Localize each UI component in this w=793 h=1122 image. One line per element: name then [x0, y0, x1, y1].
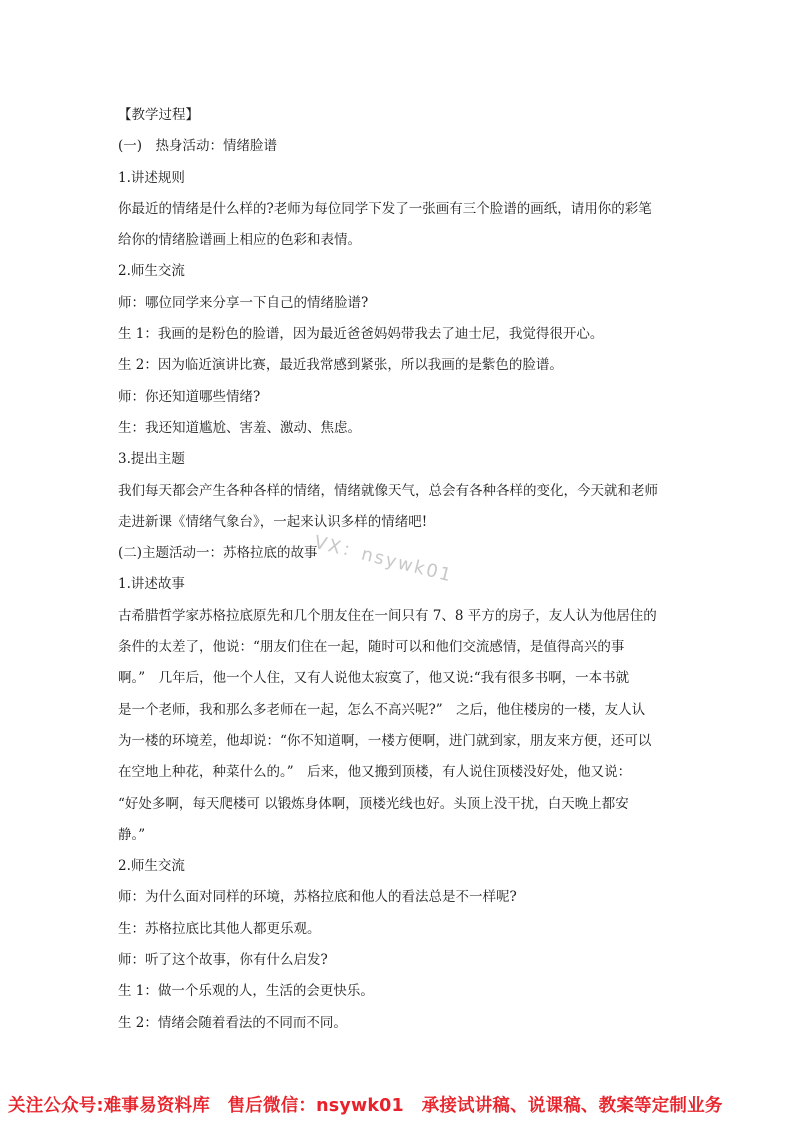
paragraph-line: 你最近的情绪是什么样的?老师为每位同学下发了一张画有三个脸谱的画纸，请用你的彩笔 [118, 194, 678, 225]
dialogue-line: 师：听了这个故事，你有什么启发? [118, 945, 678, 976]
step-heading: 1.讲述规则 [118, 163, 678, 194]
paragraph-line: 是一个老师，我和那么多老师在一起，怎么不高兴呢?” 之后，他住楼房的一楼，友人认 [118, 695, 678, 726]
dialogue-line: 生 1：我画的是粉色的脸谱，因为最近爸爸妈妈带我去了迪士尼，我觉得很开心。 [118, 319, 678, 350]
step-heading: 2.师生交流 [118, 851, 678, 882]
dialogue-line: 生 2：情绪会随着看法的不同而不同。 [118, 1008, 678, 1039]
paragraph-line: 啊。” 几年后，他一个人住，又有人说他太寂寞了，他又说:“我有很多书啊，一本书就 [118, 663, 678, 694]
subsection-heading: (一) 热身活动：情绪脸谱 [118, 131, 678, 162]
footer-banner: 关注公众号:难事易资料库 售后微信：nsywk01 承接试讲稿、说课稿、教案等定… [0, 1092, 793, 1122]
subsection-heading: (二)主题活动一：苏格拉底的故事 [118, 538, 678, 569]
dialogue-line: 生：苏格拉底比其他人都更乐观。 [118, 914, 678, 945]
paragraph-line: 我们每天都会产生各种各样的情绪，情绪就像天气，总会有各种各样的变化，今天就和老师 [118, 476, 678, 507]
dialogue-line: 生 1：做一个乐观的人，生活的会更快乐。 [118, 976, 678, 1007]
section-heading: 【教学过程】 [118, 100, 678, 131]
dialogue-line: 生 2：因为临近演讲比赛，最近我常感到紧张，所以我画的是紫色的脸谱。 [118, 350, 678, 381]
document-body: 【教学过程】 (一) 热身活动：情绪脸谱 1.讲述规则 你最近的情绪是什么样的?… [118, 100, 678, 1039]
paragraph-line: 古希腊哲学家苏格拉底原先和几个朋友住在一间只有 7、8 平方的房子，友人认为他居… [118, 601, 678, 632]
paragraph-line: 在空地上种花，种菜什么的。” 后来，他又搬到顶楼，有人说住顶楼没好处，他又说： [118, 757, 678, 788]
dialogue-line: 生：我还知道尴尬、害羞、激动、焦虑。 [118, 413, 678, 444]
dialogue-line: 师：为什么面对同样的环境，苏格拉底和他人的看法总是不一样呢? [118, 882, 678, 913]
paragraph-line: “好处多啊，每天爬楼可 以锻炼身体啊，顶楼光线也好。头顶上没干扰，白天晚上都安 [118, 789, 678, 820]
step-heading: 1.讲述故事 [118, 569, 678, 600]
paragraph-line: 为一楼的环境差，他却说：“你不知道啊，一楼方便啊，进门就到家，朋友来方便，还可以 [118, 726, 678, 757]
step-heading: 3.提出主题 [118, 444, 678, 475]
dialogue-line: 师：你还知道哪些情绪? [118, 382, 678, 413]
paragraph-line: 条件的太差了，他说：“朋友们住在一起，随时可以和他们交流感情，是值得高兴的事 [118, 632, 678, 663]
paragraph-line: 走进新课《情绪气象台》，一起来认识多样的情绪吧! [118, 507, 678, 538]
paragraph-line: 静。” [118, 820, 678, 851]
dialogue-line: 师：哪位同学来分享一下自己的情绪脸谱? [118, 288, 678, 319]
paragraph-line: 给你的情绪脸谱画上相应的色彩和表情。 [118, 225, 678, 256]
step-heading: 2.师生交流 [118, 256, 678, 287]
